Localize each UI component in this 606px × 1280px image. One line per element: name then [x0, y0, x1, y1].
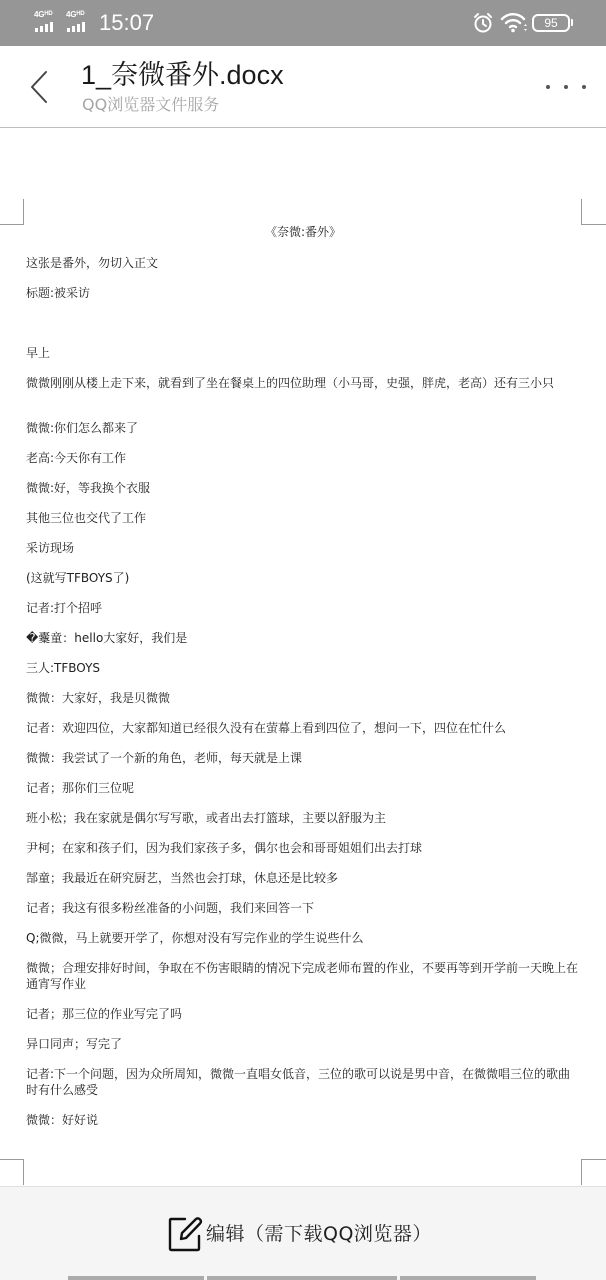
wifi-icon: [500, 12, 528, 34]
nav-bar-segment: [400, 1276, 536, 1280]
paragraph: 郜童；我最近在研究厨艺，当然也会打球，休息还是比较多: [26, 870, 582, 886]
paragraph: 微微：好好说: [26, 1112, 582, 1128]
nav-bar-segment: [207, 1276, 397, 1280]
clock: 15:07: [99, 9, 154, 37]
document-viewer[interactable]: 《奈微:番外》 这张是番外，勿切入正文 标题:被采访 早上 微微刚刚从楼上走下来…: [0, 129, 606, 1186]
paragraph: 尹柯；在家和孩子们，因为我们家孩子多，偶尔也会和哥哥姐姐们出去打球: [26, 840, 582, 856]
page-subtitle: QQ浏览器文件服务: [82, 95, 219, 115]
paragraph: 记者：欢迎四位，大家都知道已经很久没有在萤幕上看到四位了，想问一下，四位在忙什么: [26, 720, 582, 736]
paragraph: 其他三位也交代了工作: [26, 510, 582, 526]
paragraph: 标题:被采访: [26, 285, 582, 301]
paragraph: 三人:TFBOYS: [26, 660, 582, 676]
paragraph: 记者；那三位的作业写完了吗: [26, 1006, 582, 1022]
paragraph: 记者；那你们三位呢: [26, 780, 582, 796]
alarm-icon: [472, 12, 494, 34]
paragraph: 异口同声；写完了: [26, 1036, 582, 1052]
paragraph: 微微：我尝试了一个新的角色，老师，每天就是上课: [26, 750, 582, 766]
paragraph: 老高:今天你有工作: [26, 450, 582, 466]
signal-icon: 4GHD: [66, 10, 94, 34]
paragraph: 记者；我这有很多粉丝准备的小问题，我们来回答一下: [26, 900, 582, 916]
nav-bar-segment: [68, 1276, 204, 1280]
paragraph: 早上: [26, 345, 582, 361]
paragraph: 微微；合理安排好时间，争取在不伤害眼睛的情况下完成老师布置的作业，不要再等到开学…: [26, 960, 582, 992]
paragraph: 微微刚刚从楼上走下来，就看到了坐在餐桌上的四位助理（小马哥，史强，胖虎，老高）还…: [26, 375, 582, 391]
page-corner-mark: [581, 199, 606, 225]
paragraph: 微微：大家好，我是贝微微: [26, 690, 582, 706]
paragraph: �櫜童：hello大家好，我们是: [26, 630, 582, 646]
bottom-bar: 编辑（需下载QQ浏览器）: [0, 1186, 606, 1280]
document-title: 《奈微:番外》: [0, 224, 606, 240]
paragraph: 微微:好，等我换个衣服: [26, 480, 582, 496]
status-bar: 4GHD 4GHD 15:07 95: [0, 0, 606, 46]
header: 1_奈微番外.docx QQ浏览器文件服务: [0, 46, 606, 128]
page-corner-mark: [0, 199, 24, 225]
edit-icon: [168, 1216, 204, 1252]
more-button[interactable]: [546, 80, 586, 94]
paragraph: 采访现场: [26, 540, 582, 556]
more-horizontal-icon: [546, 85, 550, 89]
paragraph: 记者:下一个问题，因为众所周知，微微一直唱女低音，三位的歌可以说是男中音，在微微…: [26, 1066, 582, 1098]
paragraph: 班小松；我在家就是偶尔写写歌，或者出去打篮球，主要以舒服为主: [26, 810, 582, 826]
paragraph: 这张是番外，勿切入正文: [26, 255, 582, 271]
signal-icon: 4GHD: [34, 10, 62, 34]
battery-tip: [571, 19, 573, 26]
paragraph: Q;微微，马上就要开学了，你想对没有写完作业的学生说些什么: [26, 930, 582, 946]
paragraph: 记者:打个招呼: [26, 600, 582, 616]
back-button[interactable]: [22, 66, 58, 108]
paragraph: 微微:你们怎么都来了: [26, 420, 582, 436]
battery-icon: 95: [532, 14, 570, 32]
edit-button[interactable]: 编辑（需下载QQ浏览器）: [168, 1215, 432, 1253]
paragraph: (这就写TFBOYS了): [26, 570, 582, 586]
page-corner-mark: [581, 1159, 606, 1185]
page-title: 1_奈微番外.docx: [81, 58, 284, 92]
chevron-left-icon: [32, 72, 46, 102]
page-corner-mark: [0, 1159, 24, 1185]
edit-button-label: 编辑（需下载QQ浏览器）: [206, 1222, 432, 1246]
